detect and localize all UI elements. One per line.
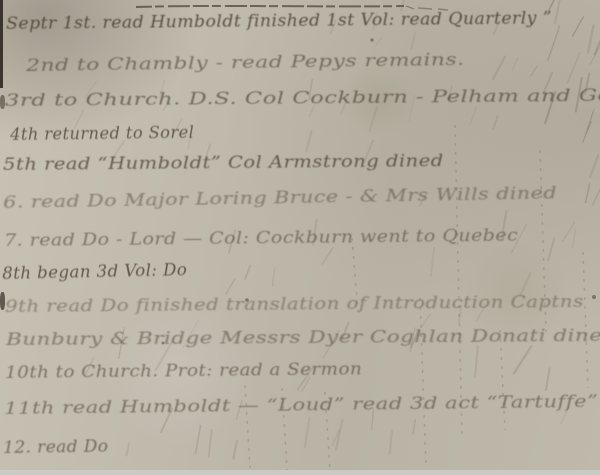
top-rule-line — [136, 6, 404, 7]
manuscript-line-2: 2nd to Chambly - read Pepys remains. — [26, 50, 465, 76]
manuscript-line-3: 3rd to Church. D.S. Col Cockburn - Pelha… — [5, 86, 600, 111]
manuscript-line-5: 5th read “Humboldt” Col Armstrong dined — [3, 151, 444, 175]
page-edge-shadow — [0, 0, 3, 88]
manuscript-line-9: 9th read Do finished translation of Intr… — [5, 292, 584, 317]
manuscript-line-13: 12. read Do — [3, 437, 109, 458]
manuscript-line-7: 7. read Do - Lord — Col: Cockburn went t… — [4, 226, 518, 251]
manuscript-line-10: Bunbury & Bridge Messrs Dyer Coghlan Don… — [6, 326, 600, 350]
manuscript-line-11: 10th to Church. Prot: read a Sermon — [5, 359, 362, 383]
manuscript-line-1: Septr 1st. read Humboldt finished 1st Vo… — [6, 8, 552, 34]
manuscript-page: Septr 1st. read Humboldt finished 1st Vo… — [0, 0, 600, 475]
manuscript-line-12: 11th read Humboldt — “Loud” read 3d act … — [4, 392, 598, 419]
page-bottom-edge — [0, 470, 600, 475]
manuscript-line-8: 8th began 3d Vol: Do — [2, 260, 187, 284]
manuscript-line-4: 4th returned to Sorel — [10, 123, 194, 145]
cropped-ink-mark — [0, 95, 5, 109]
cropped-ink-mark — [0, 292, 5, 310]
manuscript-line-6: 6. read Do Major Loring Bruce - & Mrs Wi… — [3, 183, 557, 213]
